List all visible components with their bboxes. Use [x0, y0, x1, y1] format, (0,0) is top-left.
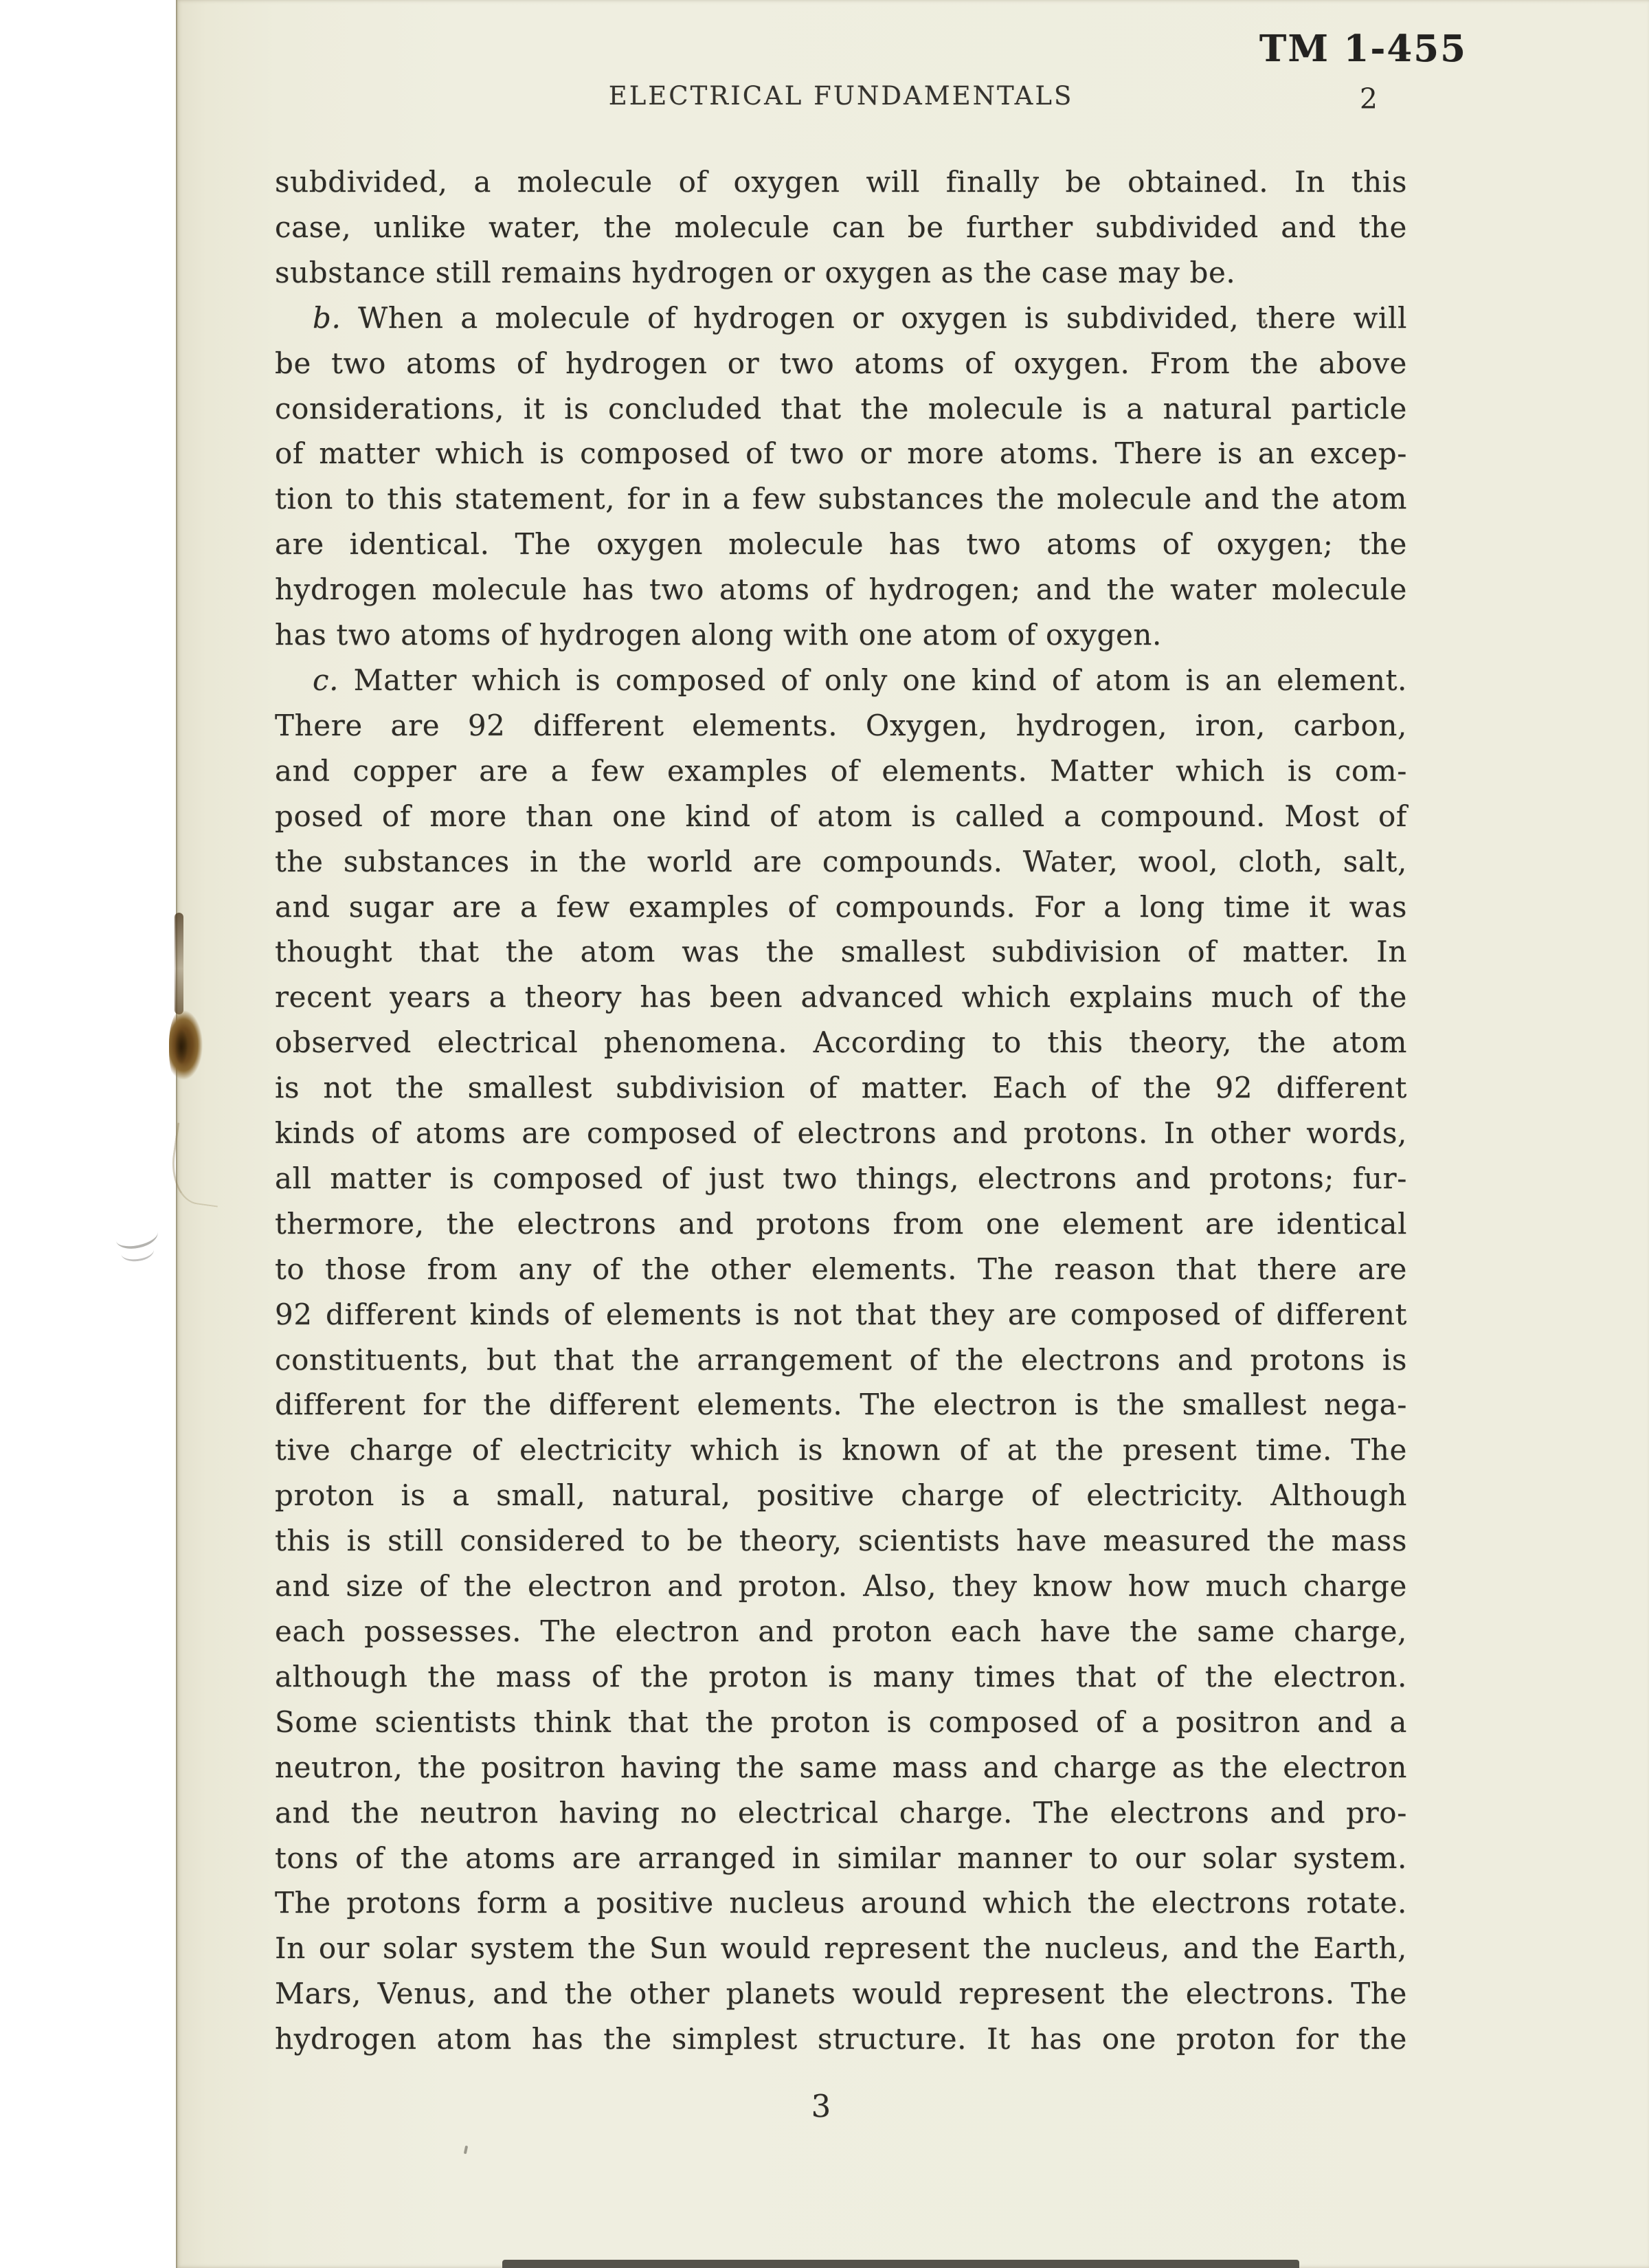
text-line: There are 92 different elements. Oxygen,…: [275, 703, 1407, 748]
text-line: is not the smallest subdivision of matte…: [275, 1065, 1407, 1111]
edge-stain-blob-core: [173, 1023, 191, 1071]
text-line: case, unlike water, the molecule can be …: [275, 205, 1407, 250]
text-line: neutron, the positron having the same ma…: [275, 1745, 1407, 1790]
edge-crack: [166, 1122, 228, 1207]
body-text: subdivided, a molecule of oxygen will fi…: [275, 159, 1407, 2062]
text-line: tive charge of electricity which is know…: [275, 1427, 1407, 1473]
book-page: TM 1-455 ELECTRICAL FUNDAMENTALS 2 subdi…: [176, 0, 1649, 2268]
text-line: considerations, it is concluded that the…: [275, 386, 1407, 432]
header-paragraph-number: 2: [1360, 82, 1378, 115]
text-line: of matter which is composed of two or mo…: [275, 431, 1407, 476]
text-line: Mars, Venus, and the other planets would…: [275, 1971, 1407, 2016]
footer-page-number: 3: [275, 2088, 1367, 2124]
text-line: has two atoms of hydrogen along with one…: [275, 612, 1407, 658]
text-line: 92 different kinds of elements is not th…: [275, 1292, 1407, 1337]
ink-speck: [464, 2146, 468, 2155]
text-line: subdivided, a molecule of oxygen will fi…: [275, 159, 1407, 205]
text-line: posed of more than one kind of atom is c…: [275, 794, 1407, 839]
page-title: ELECTRICAL FUNDAMENTALS: [275, 81, 1407, 111]
text-line: hydrogen molecule has two atoms of hydro…: [275, 567, 1407, 612]
manual-number: TM 1-455: [1259, 27, 1467, 70]
text-line: and copper are a few examples of element…: [275, 748, 1407, 794]
edge-stain-streak: [175, 913, 183, 1014]
text-line: and the neutron having no electrical cha…: [275, 1790, 1407, 1836]
text-line: this is still considered to be theory, s…: [275, 1518, 1407, 1564]
paragraph-letter: b.: [313, 301, 341, 335]
text-line: are identical. The oxygen molecule has t…: [275, 522, 1407, 567]
text-line: thermore, the electrons and protons from…: [275, 1201, 1407, 1247]
text-line: constituents, but that the arrangement o…: [275, 1337, 1407, 1383]
text-line: different for the different elements. Th…: [275, 1382, 1407, 1427]
text-line: substance still remains hydrogen or oxyg…: [275, 250, 1407, 296]
text-line: tion to this statement, for in a few sub…: [275, 476, 1407, 522]
text-line: be two atoms of hydrogen or two atoms of…: [275, 341, 1407, 386]
text-line: observed electrical phenomena. According…: [275, 1020, 1407, 1065]
text-line: In our solar system the Sun would repres…: [275, 1926, 1407, 1971]
ink-speck: [1263, 319, 1266, 324]
scanned-page-background: { "colors": { "scan_background": "#fffff…: [0, 0, 1649, 2268]
text-line: and size of the electron and proton. Als…: [275, 1564, 1407, 1609]
text-line: recent years a theory has been advanced …: [275, 975, 1407, 1020]
text-line: the substances in the world are compound…: [275, 839, 1407, 885]
scan-bottom-bar: [502, 2260, 1299, 2268]
text-line: b. When a molecule of hydrogen or oxygen…: [275, 296, 1407, 341]
text-line: c. Matter which is composed of only one …: [275, 658, 1407, 703]
text-line: hydrogen atom has the simplest structure…: [275, 2016, 1407, 2062]
text-line: to those from any of the other elements.…: [275, 1247, 1407, 1292]
text-line: thought that the atom was the smallest s…: [275, 929, 1407, 975]
text-line: The protons form a positive nucleus arou…: [275, 1880, 1407, 1926]
text-line: tons of the atoms are arranged in simila…: [275, 1836, 1407, 1881]
text-line: kinds of atoms are composed of electrons…: [275, 1111, 1407, 1156]
text-line: and sugar are a few examples of compound…: [275, 885, 1407, 930]
text-line: all matter is composed of just two thing…: [275, 1156, 1407, 1201]
text-line: although the mass of the proton is many …: [275, 1654, 1407, 1700]
text-line: Some scientists think that the proton is…: [275, 1700, 1407, 1745]
text-line: proton is a small, natural, positive cha…: [275, 1473, 1407, 1518]
text-line: each possesses. The electron and proton …: [275, 1609, 1407, 1654]
paragraph-letter: c.: [313, 663, 339, 697]
